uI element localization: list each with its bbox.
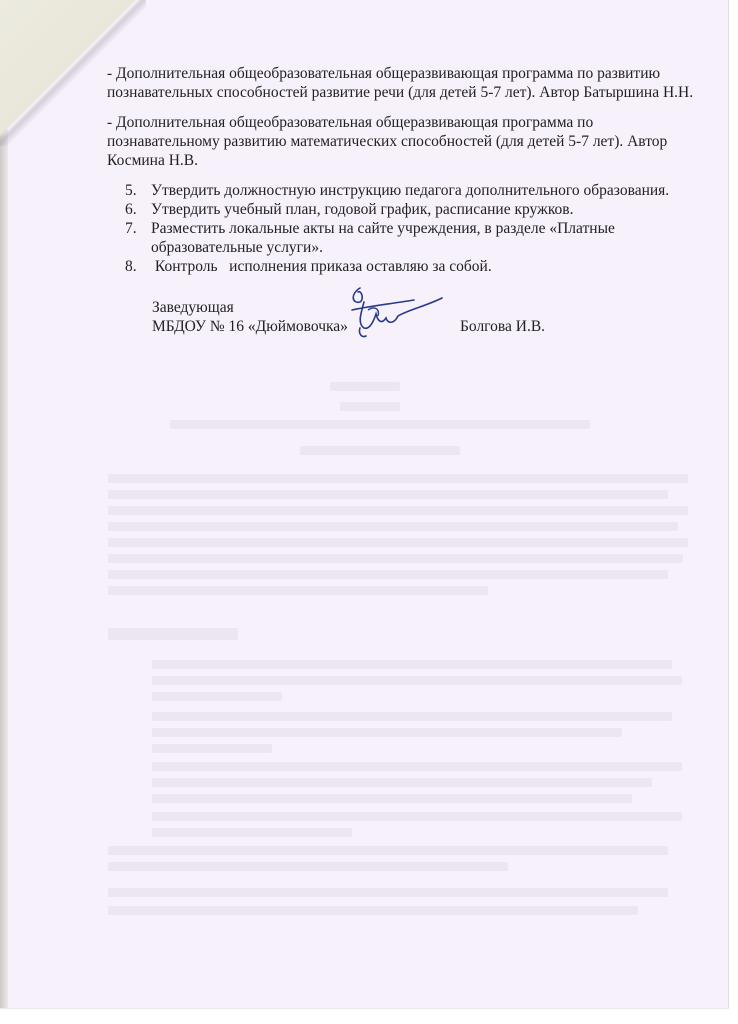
document-body: - Дополнительная общеобразовательная общ… <box>107 64 707 276</box>
paragraph-program-speech: - Дополнительная общеобразовательная общ… <box>107 64 707 102</box>
signatory-name: Болгова И.В. <box>460 317 545 336</box>
list-item: 5.Утвердить должностную инструкцию педаг… <box>107 181 707 200</box>
scanned-page: - Дополнительная общеобразовательная общ… <box>0 0 729 1009</box>
list-item: 8. Контроль исполнения приказа оставляю … <box>107 257 707 276</box>
signature-block: Заведующая МБДОУ № 16 «Дюймовочка» Болго… <box>152 298 572 336</box>
fold-shadow <box>0 0 146 146</box>
page-edge <box>0 0 8 1008</box>
list-item: 6.Утвердить учебный план, годовой график… <box>107 200 707 219</box>
list-item: 7.Разместить локальные акты на сайте учр… <box>107 219 707 257</box>
order-items: 5.Утвердить должностную инструкцию педаг… <box>107 181 707 276</box>
handwritten-signature-icon <box>330 280 450 340</box>
paragraph-program-math: - Дополнительная общеобразовательная общ… <box>107 113 707 170</box>
